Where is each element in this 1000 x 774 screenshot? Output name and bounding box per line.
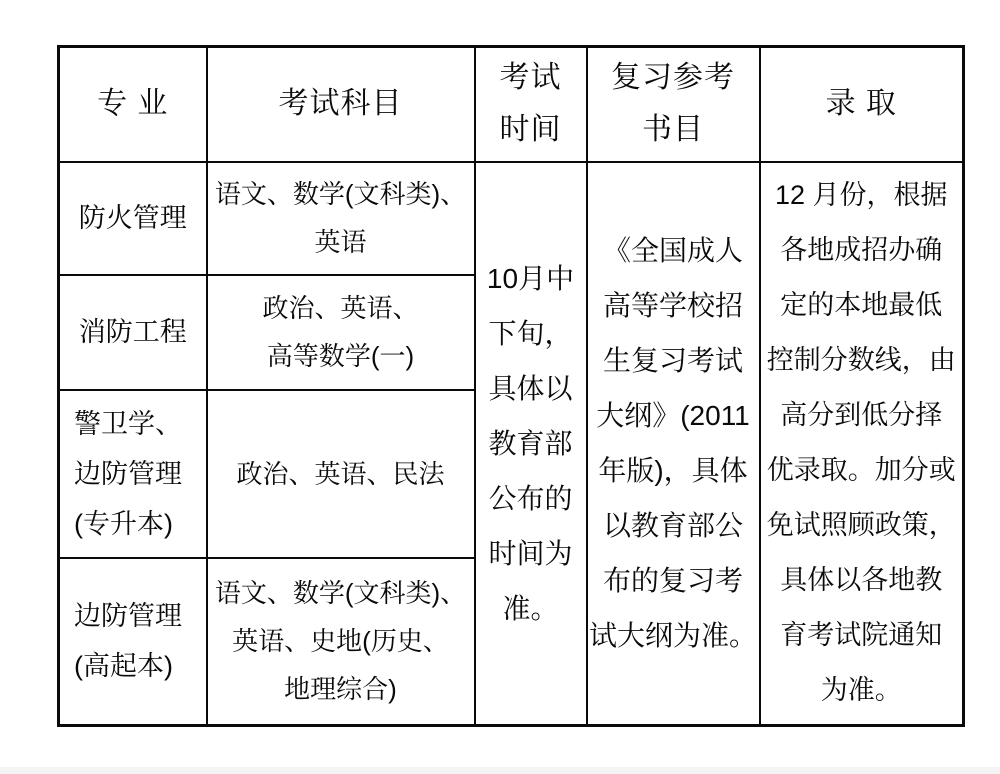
cell-subjects-guard-border-upgrade: 政治、英语、民法 <box>207 390 475 558</box>
cell-major-fire-engineering: 消防工程 <box>59 275 207 390</box>
header-major: 专 业 <box>59 47 207 162</box>
cell-exam-time-merged: 10月中 下旬， 具体以 教育部 公布的 时间为 准。 <box>475 162 587 726</box>
header-exam-time: 考试 时间 <box>475 47 587 162</box>
cell-subjects-border-management: 语文、数学(文科类)、 英语、史地(历史、 地理综合) <box>207 558 475 726</box>
cell-subjects-fire-management: 语文、数学(文科类)、 英语 <box>207 162 475 275</box>
document-page: 专 业 考试科目 考试 时间 复习参考 书目 录 取 防火管理 语文、数学(文科… <box>0 0 1000 774</box>
exam-info-table: 专 业 考试科目 考试 时间 复习参考 书目 录 取 防火管理 语文、数学(文科… <box>57 45 965 727</box>
cell-subjects-fire-engineering: 政治、英语、 高等数学(一) <box>207 275 475 390</box>
cell-major-border-management: 边防管理 (高起本) <box>59 558 207 726</box>
cell-admission-merged: 12 月份，根据 各地成招办确 定的本地最低 控制分数线，由 高分到低分择 优录… <box>760 162 964 726</box>
table-header-row: 专 业 考试科目 考试 时间 复习参考 书目 录 取 <box>59 47 964 162</box>
header-reference: 复习参考 书目 <box>587 47 760 162</box>
cell-reference-merged: 《全国成人 高等学校招 生复习考试 大纲》(2011 年版)，具体 以教育部公 … <box>587 162 760 726</box>
cell-major-fire-management: 防火管理 <box>59 162 207 275</box>
table-row: 防火管理 语文、数学(文科类)、 英语 10月中 下旬， 具体以 教育部 公布的… <box>59 162 964 275</box>
header-subjects: 考试科目 <box>207 47 475 162</box>
page-bottom-edge <box>0 767 1000 774</box>
cell-major-guard-border-upgrade: 警卫学、 边防管理 (专升本) <box>59 390 207 558</box>
header-admission: 录 取 <box>760 47 964 162</box>
